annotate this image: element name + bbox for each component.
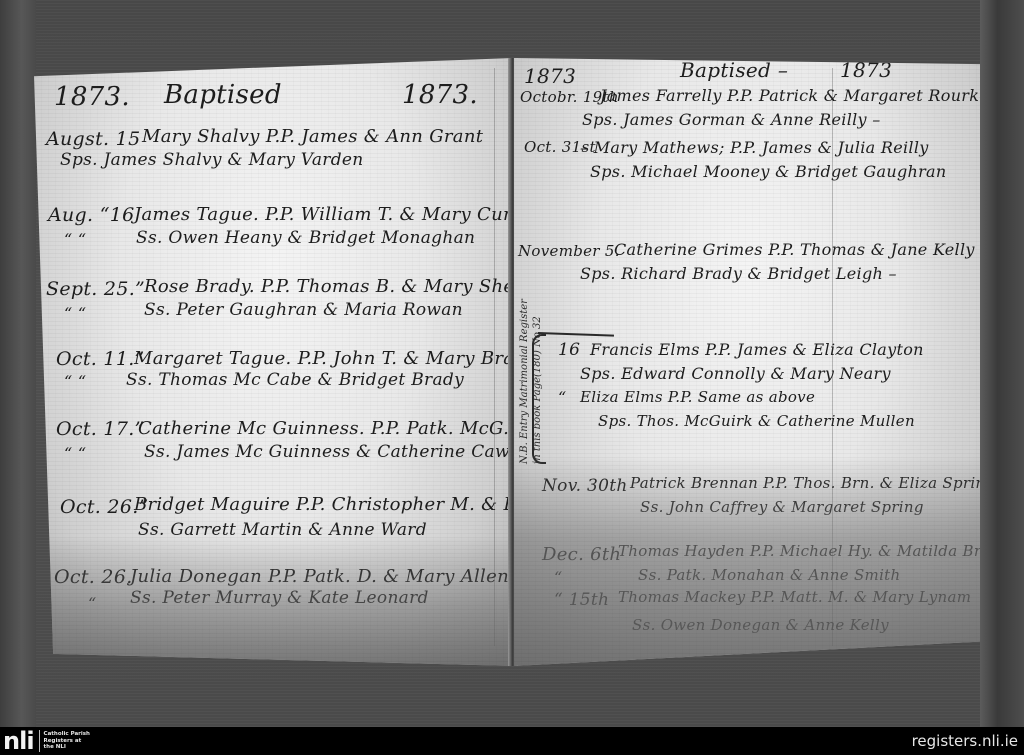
entry-date: Oct. 11.” [56, 348, 145, 370]
scan-border-left [0, 0, 36, 727]
entry-child-parents: – Mary Mathews; P.P. James & Julia Reill… [580, 138, 929, 157]
entry-date: Oct. 17.” [56, 418, 145, 440]
brand-divider [39, 730, 40, 752]
margin-note-line1: N.B. Entry Matrimonial Register [518, 299, 531, 464]
scan-image-viewport: 1873. Baptised 1873. Augst. 15 Mary Shal… [0, 0, 1024, 727]
entry-ditto: “ “ [64, 304, 86, 323]
entry-ditto: “ “ [64, 372, 86, 391]
right-header-year-right: 1873 [840, 58, 892, 82]
entry-ditto: “ “ [64, 444, 86, 463]
brand-text: Catholic Parish Registers at the NLI [44, 731, 90, 751]
entry-date: Aug. “16 [48, 204, 135, 226]
entry-child-parents: James Tague. P.P. William T. & Mary Curr… [134, 204, 512, 225]
entry-child-parents: Rose Brady. P.P. Thomas B. & Mary Sherid… [144, 276, 512, 297]
entry-sponsors: Sps. Richard Brady & Bridget Leigh – [580, 264, 897, 283]
nli-brand[interactable]: nli Catholic Parish Registers at the NLI [0, 727, 90, 755]
page-shadow [514, 456, 980, 666]
entry-ditto: “ “ [64, 230, 86, 249]
nli-logo-icon: nli [3, 727, 39, 755]
footer-bar: nli Catholic Parish Registers at the NLI… [0, 727, 1024, 755]
entry-date: November 5. [518, 242, 620, 260]
entry-sponsors: Ss. James Mc Guinness & Catherine Cawley [144, 442, 512, 462]
right-header-year: 1873 [524, 64, 576, 88]
left-header-title: Baptised [164, 80, 282, 110]
brand-line-1: Catholic Parish [44, 731, 90, 737]
entry-sponsors: Ss. Peter Gaughran & Maria Rowan [144, 300, 463, 320]
left-header-year: 1873. [54, 82, 130, 112]
entry-child-parents-2: Eliza Elms P.P. Same as above [580, 388, 815, 406]
entry-ditto: “ [558, 388, 566, 407]
entry-date: Augst. 15 [46, 128, 140, 150]
entry-sponsors: Sps. Edward Connolly & Mary Neary [580, 364, 891, 383]
bracket-line [538, 332, 614, 337]
right-header-title: Baptised – [680, 58, 788, 82]
brand-line-2: Registers at [44, 738, 82, 744]
entry-date: Sept. 25.” [46, 278, 145, 300]
entry-child-parents: Margaret Tague. P.P. John T. & Mary Brad… [134, 348, 512, 369]
bracket [532, 334, 546, 464]
entry-sponsors: Sps. James Shalvy & Mary Varden [60, 150, 363, 170]
scan-border-right [980, 0, 1024, 727]
entry-sponsors-2: Sps. Thos. McGuirk & Catherine Mullen [598, 412, 915, 430]
entry-sponsors: Ss. Owen Heany & Bridget Monaghan [136, 228, 475, 248]
entry-sponsors: Sps. Michael Mooney & Bridget Gaughran [590, 162, 947, 181]
entry-sponsors: Ss. Thomas Mc Cabe & Bridget Brady [126, 370, 464, 390]
entry-child-parents: Bridget Maguire P.P. Christopher M. & El… [134, 494, 512, 515]
right-page: N.B. Entry Matrimonial Register in this … [514, 58, 980, 666]
entry-date: 16 [558, 340, 580, 360]
left-header-year-right: 1873. [402, 80, 478, 110]
register-book-spread: 1873. Baptised 1873. Augst. 15 Mary Shal… [34, 58, 980, 666]
entry-child-parents: Catherine Grimes P.P. Thomas & Jane Kell… [614, 240, 975, 259]
brand-line-3: the NLI [44, 744, 66, 750]
site-url-link[interactable]: registers.nli.ie [912, 732, 1024, 750]
entry-sponsors: Sps. James Gorman & Anne Reilly – [582, 110, 881, 129]
entry-child-parents: Mary Shalvy P.P. James & Ann Grant [142, 126, 483, 147]
entry-child-parents: Francis Elms P.P. James & Eliza Clayton [590, 340, 924, 359]
entry-child-parents: Catherine Mc Guinness. P.P. Patk. McG. &… [138, 418, 512, 439]
left-page: 1873. Baptised 1873. Augst. 15 Mary Shal… [34, 58, 512, 666]
page-shadow [34, 536, 512, 666]
entry-child-parents: James Farrelly P.P. Patrick & Margaret R… [600, 86, 980, 105]
